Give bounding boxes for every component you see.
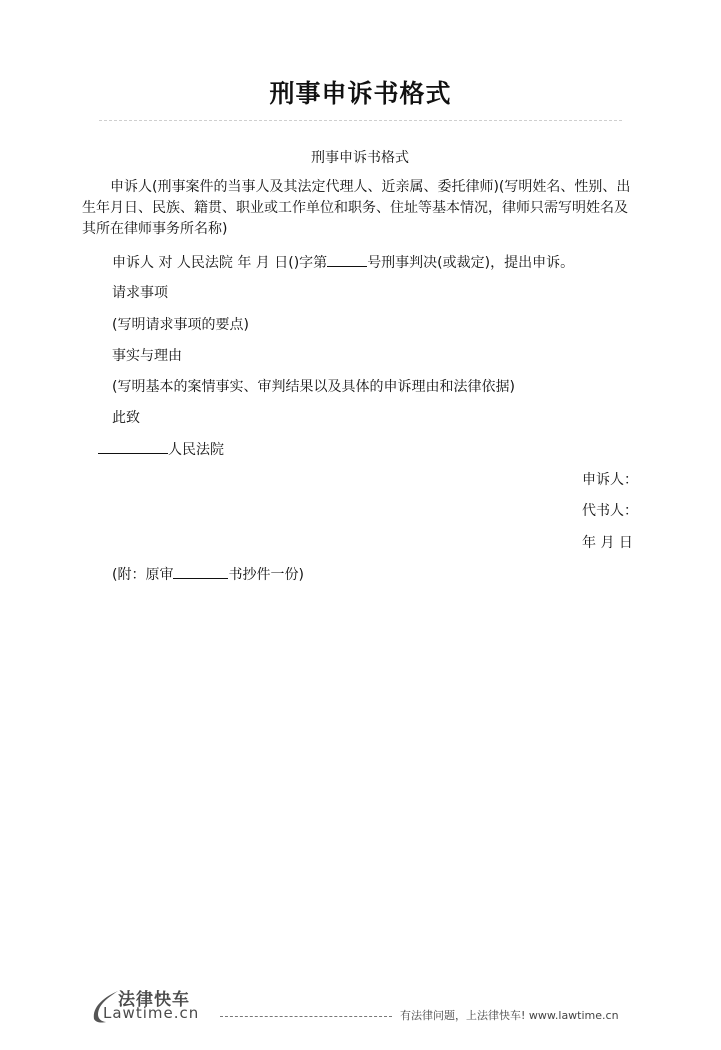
court-name-blank [98,439,168,454]
signature-scribe: 代书人： [582,501,638,521]
signature-appellant: 申诉人： [582,470,638,490]
lawtime-logo: 法律快车 Lawtime.cn [88,985,218,1025]
footer-slogan: 有法律问题，上法律快车! www.lawtime.cn [400,1007,619,1023]
appeal-text-before: 申诉人 对 人民法院 年 月 日()字第 [112,255,327,271]
case-number-blank [327,252,367,267]
logo-english-text: Lawtime.cn [103,1004,199,1022]
attachment-text-before: (附：原审 [112,567,173,583]
court-suffix: 人民法院 [168,442,224,458]
appeal-text-after: 号刑事判决(或裁定)，提出申诉。 [367,255,574,271]
document-body: 刑事申诉书格式 申诉人(刑事案件的当事人及其法定代理人、近亲属、委托律师)(写明… [82,148,638,240]
footer: 法律快车 Lawtime.cn 有法律问题，上法律快车! www.lawtime… [88,985,638,1025]
page-title: 刑事申诉书格式 [0,74,721,110]
appellant-intro: 申诉人(刑事案件的当事人及其法定代理人、近亲属、委托律师)(写明姓名、性别、出生… [82,177,638,240]
document-subtitle: 刑事申诉书格式 [82,148,638,169]
attachment-text-after: 书抄件一份) [228,567,303,583]
attachment-note: (附：原审书抄件一份) [112,564,304,585]
facts-note: (写明基本的案情事实、审判结果以及具体的申诉理由和法律依据) [112,377,515,397]
salutation: 此致 [112,408,140,428]
footer-divider [220,1016,392,1017]
appeal-statement: 申诉人 对 人民法院 年 月 日()字第号刑事判决(或裁定)，提出申诉。 [112,252,574,273]
request-note: (写明请求事项的要点) [112,315,249,335]
facts-heading: 事实与理由 [112,346,182,366]
original-trial-blank [173,564,228,579]
title-divider [99,120,622,121]
request-heading: 请求事项 [112,283,168,303]
signature-date: 年 月 日 [582,533,633,553]
court-line: 人民法院 [98,439,224,460]
